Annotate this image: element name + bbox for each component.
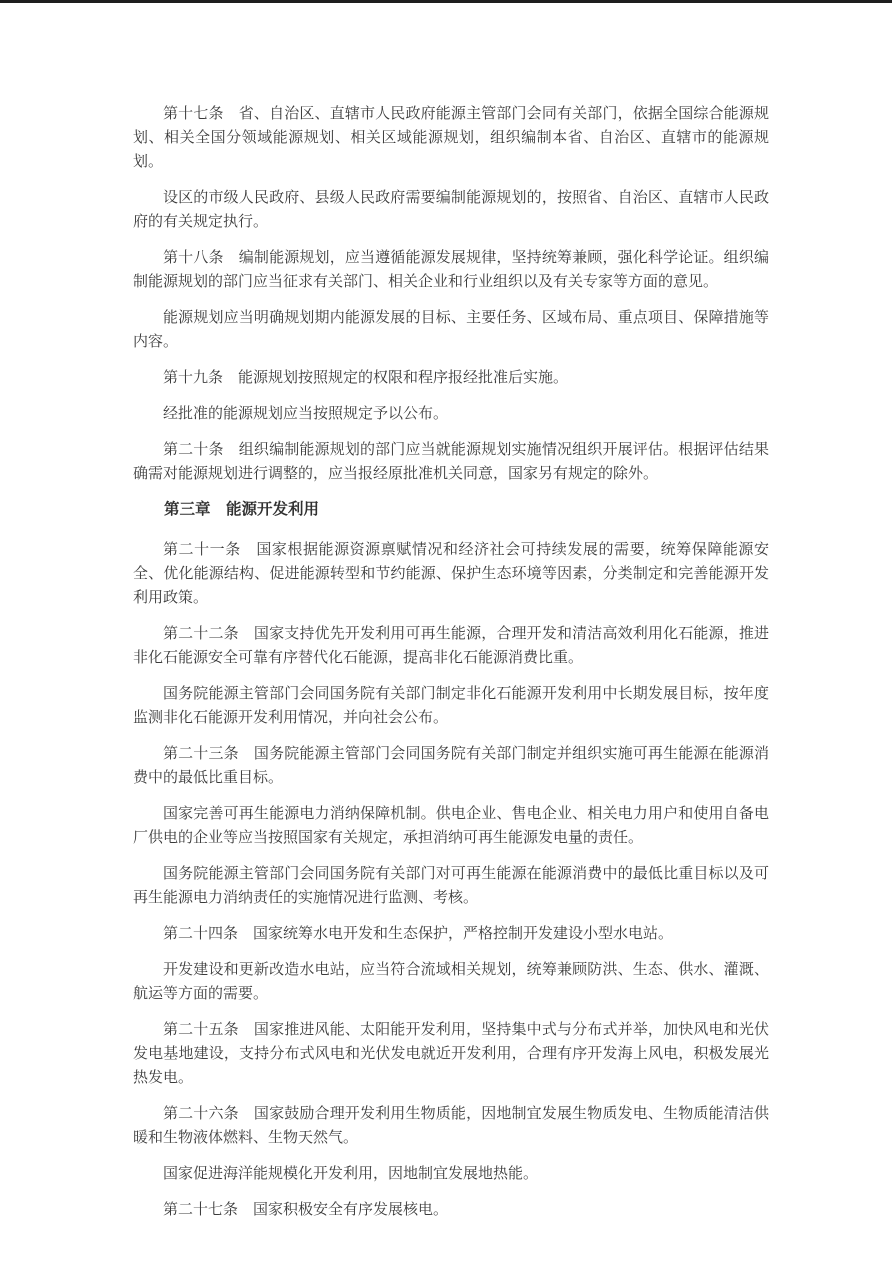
article-paragraph: 开发建设和更新改造水电站，应当符合流域相关规划，统筹兼顾防洪、生态、供水、灌溉、…	[133, 958, 769, 1006]
article-paragraph: 第二十七条 国家积极安全有序发展核电。	[133, 1198, 769, 1222]
article-paragraph: 第二十五条 国家推进风能、太阳能开发利用，坚持集中式与分布式并举，加快风电和光伏…	[133, 1018, 769, 1090]
article-paragraph: 国务院能源主管部门会同国务院有关部门对可再生能源在能源消费中的最低比重目标以及可…	[133, 862, 769, 910]
article-paragraph: 第十九条 能源规划按照规定的权限和程序报经批准后实施。	[133, 366, 769, 390]
article-paragraph: 国家完善可再生能源电力消纳保障机制。供电企业、售电企业、相关电力用户和使用自备电…	[133, 802, 769, 850]
article-paragraph: 经批准的能源规划应当按照规定予以公布。	[133, 402, 769, 426]
article-paragraph: 第二十六条 国家鼓励合理开发利用生物质能，因地制宜发展生物质发电、生物质能清洁供…	[133, 1102, 769, 1150]
article-paragraph: 能源规划应当明确规划期内能源发展的目标、主要任务、区域布局、重点项目、保障措施等…	[133, 306, 769, 354]
article-paragraph: 国家促进海洋能规模化开发利用，因地制宜发展地热能。	[133, 1162, 769, 1186]
article-paragraph: 第二十四条 国家统筹水电开发和生态保护，严格控制开发建设小型水电站。	[133, 922, 769, 946]
article-paragraph: 第十七条 省、自治区、直辖市人民政府能源主管部门会同有关部门，依据全国综合能源规…	[133, 102, 769, 174]
article-paragraph: 设区的市级人民政府、县级人民政府需要编制能源规划的，按照省、自治区、直辖市人民政…	[133, 186, 769, 234]
article-paragraph: 第二十条 组织编制能源规划的部门应当就能源规划实施情况组织开展评估。根据评估结果…	[133, 438, 769, 486]
chapter-heading: 第三章 能源开发利用	[133, 498, 769, 522]
article-paragraph: 第十八条 编制能源规划，应当遵循能源发展规律，坚持统筹兼顾，强化科学论证。组织编…	[133, 246, 769, 294]
document-page: 第十七条 省、自治区、直辖市人民政府能源主管部门会同有关部门，依据全国综合能源规…	[0, 3, 892, 1262]
document-body: 第十七条 省、自治区、直辖市人民政府能源主管部门会同有关部门，依据全国综合能源规…	[133, 102, 769, 1234]
article-paragraph: 第二十二条 国家支持优先开发利用可再生能源，合理开发和清洁高效利用化石能源，推进…	[133, 622, 769, 670]
article-paragraph: 第二十三条 国务院能源主管部门会同国务院有关部门制定并组织实施可再生能源在能源消…	[133, 742, 769, 790]
article-paragraph: 第二十一条 国家根据能源资源禀赋情况和经济社会可持续发展的需要，统筹保障能源安全…	[133, 538, 769, 610]
article-paragraph: 国务院能源主管部门会同国务院有关部门制定非化石能源开发利用中长期发展目标，按年度…	[133, 682, 769, 730]
